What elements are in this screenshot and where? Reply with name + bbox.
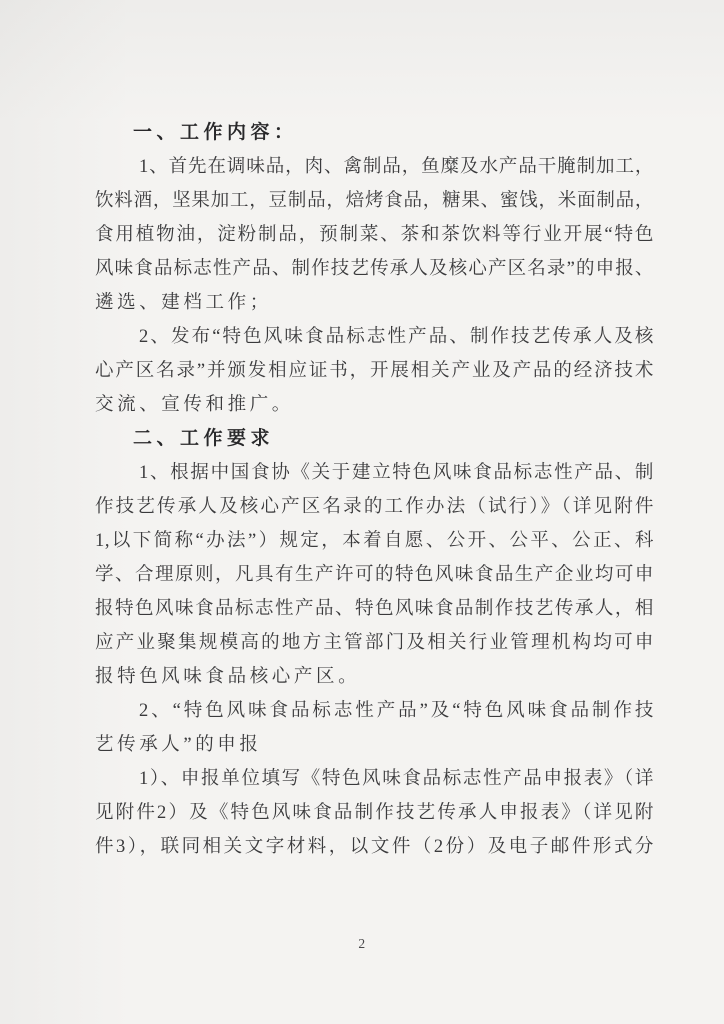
text-line: 作技艺传承人及核心产区名录的工作办法（试行）》（详见附件 (95, 490, 654, 524)
text-line: 件3），联同相关文字材料，以文件（2份）及电子邮件形式分 (95, 830, 654, 864)
text-line: 1、根据中国食协《关于建立特色风味食品标志性产品、制 (95, 456, 654, 490)
text-line: 饮料酒，坚果加工，豆制品，焙烤食品，糖果、蜜饯，米面制品， (95, 184, 654, 218)
text-line: 2、发布“特色风味食品标志性产品、制作技艺传承人及核 (95, 320, 654, 354)
text-line: 学、合理原则，凡具有生产许可的特色风味食品生产企业均可申 (95, 558, 654, 592)
document-page: 一、工作内容：1、首先在调味品，肉、禽制品，鱼糜及水产品干腌制加工，饮料酒，坚果… (0, 0, 724, 1024)
text-line: 心产区名录”并颁发相应证书，开展相关产业及产品的经济技术 (95, 354, 654, 388)
section-heading: 一、工作内容： (95, 116, 654, 150)
document-text-block: 一、工作内容：1、首先在调味品，肉、禽制品，鱼糜及水产品干腌制加工，饮料酒，坚果… (95, 116, 654, 864)
text-line: 交流、宣传和推广。 (95, 388, 654, 422)
text-line: 艺传承人”的申报 (95, 728, 654, 762)
text-line: 食用植物油，淀粉制品，预制菜、茶和茶饮料等行业开展“特色 (95, 218, 654, 252)
text-line: 报特色风味食品标志性产品、特色风味食品制作技艺传承人，相 (95, 592, 654, 626)
text-line: 遴选、建档工作； (95, 286, 654, 320)
text-line: 2、“特色风味食品标志性产品”及“特色风味食品制作技 (95, 694, 654, 728)
text-line: 报特色风味食品核心产区。 (95, 660, 654, 694)
text-line: 1）、申报单位填写《特色风味食品标志性产品申报表》（详 (95, 762, 654, 796)
text-line: 1、首先在调味品，肉、禽制品，鱼糜及水产品干腌制加工， (95, 150, 654, 184)
text-line: 见附件2）及《特色风味食品制作技艺传承人申报表》（详见附 (95, 796, 654, 830)
text-line: 1,以下简称“办法”）规定，本着自愿、公开、公平、公正、科 (95, 524, 654, 558)
section-heading: 二、工作要求 (95, 422, 654, 456)
text-line: 风味食品标志性产品、制作技艺传承人及核心产区名录”的申报、 (95, 252, 654, 286)
text-line: 应产业聚集规模高的地方主管部门及相关行业管理机构均可申 (95, 626, 654, 660)
page-number: 2 (0, 936, 724, 952)
